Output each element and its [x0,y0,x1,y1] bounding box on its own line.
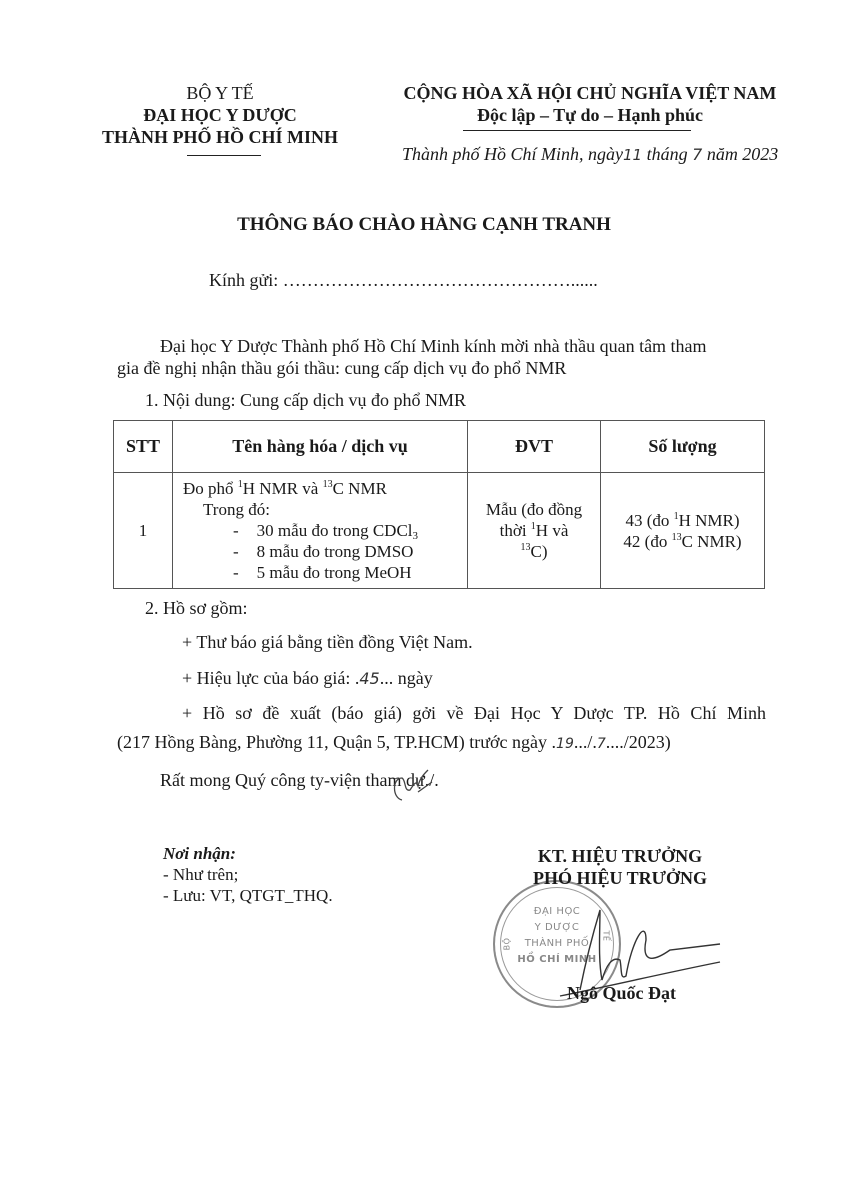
recipient-item: - Như trên; [163,864,333,885]
list-item: -8 mẫu đo trong DMSO [183,541,467,562]
cell-unit: Mẫu (đo đồng thời 1H và 13C) [468,473,601,589]
salutation: Kính gửi: …………………………………………...... [209,270,598,291]
table-header-row: STT Tên hàng hóa / dịch vụ ĐVT Số lượng [114,421,765,473]
university-name-line2: THÀNH PHỐ HỒ CHÍ MINH [80,126,360,148]
university-name-line1: ĐẠI HỌC Y DƯỢC [80,104,360,126]
signer-name: Ngô Quốc Đạt [567,983,676,1004]
intro-line-2: gia đề nghị nhận thầu gói thầu: cung cấp… [117,358,566,379]
recipients-block: Nơi nhận: - Như trên; - Lưu: VT, QTGT_TH… [163,843,333,906]
validity-days-handwritten: 45 [359,669,379,688]
deadline-month-handwritten: 7 [597,736,606,752]
list-item: -5 mẫu đo trong MeOH [183,562,467,583]
date-month-handwritten: 7 [692,145,702,164]
document-date: Thành phố Hồ Chí Minh, ngày11 tháng 7 nă… [402,144,802,165]
services-table: STT Tên hàng hóa / dịch vụ ĐVT Số lượng … [113,420,765,589]
issuer-underline [187,155,261,156]
table-row: 1 Đo phổ 1H NMR và 13C NMR Trong đó: -30… [114,473,765,589]
signature-block: KT. HIỆU TRƯỞNG PHÓ HIỆU TRƯỞNG [500,845,740,889]
header-item-name: Tên hàng hóa / dịch vụ [173,421,468,473]
nation-title: CỘNG HÒA XÃ HỘI CHỦ NGHĨA VIỆT NAM [380,82,800,104]
intro-line-1: Đại học Y Dược Thành phố Hồ Chí Minh kín… [160,336,707,357]
motto-underline [463,130,691,131]
item-title: Đo phổ 1H NMR và 13C NMR [183,478,467,499]
requirement-price-letter: + Thư báo giá bằng tiền đồng Việt Nam. [182,632,473,653]
header-stt: STT [114,421,173,473]
cell-stt: 1 [114,473,173,589]
deadline-day-handwritten: 19 [556,736,574,752]
cell-item-name: Đo phổ 1H NMR và 13C NMR Trong đó: -30 m… [173,473,468,589]
signer-title-2: PHÓ HIỆU TRƯỞNG [500,867,740,889]
document-title: THÔNG BÁO CHÀO HÀNG CẠNH TRANH [0,214,848,236]
recipient-item: - Lưu: VT, QTGT_THQ. [163,885,333,906]
section-2-heading: 2. Hồ sơ gồm: [145,598,248,619]
issuer-block: BỘ Y TẾ ĐẠI HỌC Y DƯỢC THÀNH PHỐ HỒ CHÍ … [80,82,360,148]
initial-signature-mark [388,768,438,808]
requirement-validity: + Hiệu lực của báo giá: .45... ngày [182,668,433,689]
item-subtitle: Trong đó: [183,499,467,520]
ministry-name: BỘ Y TẾ [80,82,360,104]
requirement-submission-line1: + Hồ sơ đề xuất (báo giá) gởi về Đại Học… [182,703,766,724]
national-block: CỘNG HÒA XÃ HỘI CHỦ NGHĨA VIỆT NAM Độc l… [380,82,800,126]
date-prefix: Thành phố Hồ Chí Minh, ngày [402,144,623,164]
date-month-label: tháng [647,144,688,164]
requirement-submission-line2: (217 Hồng Bàng, Phường 11, Quận 5, TP.HC… [117,732,671,753]
date-day-handwritten: 11 [623,146,642,164]
national-motto: Độc lập – Tự do – Hạnh phúc [380,104,800,126]
date-year: năm 2023 [707,144,779,164]
cell-quantity: 43 (đo 1H NMR) 42 (đo 13C NMR) [601,473,765,589]
header-unit: ĐVT [468,421,601,473]
section-1-heading: 1. Nội dung: Cung cấp dịch vụ đo phổ NMR [145,390,466,411]
list-item: -30 mẫu đo trong CDCl3 [183,520,467,541]
signer-title-1: KT. HIỆU TRƯỞNG [500,845,740,867]
header-quantity: Số lượng [601,421,765,473]
recipients-label: Nơi nhận: [163,843,333,864]
